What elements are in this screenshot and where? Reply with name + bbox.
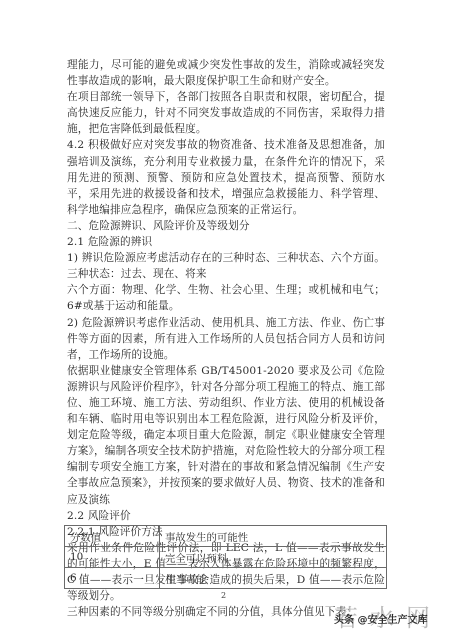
table-cell: 相当可能 xyxy=(160,568,387,589)
subsection-heading: 2.2 风险评价 xyxy=(67,508,385,524)
paragraph: 4.2 积极做好应对突发事故的物资准备、技术准备及思想准备，加强培训及演练，充分… xyxy=(67,137,385,217)
table-header-cell: 分数值 xyxy=(65,526,160,547)
page-number: 2 xyxy=(221,591,226,600)
paragraph: 1) 辨识危险源应考虑活动存在的三种时态、三种状态、六个方面。三种状态：过去、现… xyxy=(67,250,385,282)
table-row: 6 相当可能 xyxy=(65,568,387,589)
paragraph: 依据职业健康安全管理体系 GB/T45001-2020 要求及公司《危险源辨识与… xyxy=(67,363,385,508)
paragraph: 在项目部统一领导下，各部门按照各自职责和权限，密切配合，提高快速反应能力，针对不… xyxy=(67,89,385,137)
paragraph: 2) 危险源辨识考虑作业活动、使用机具、施工方法、作业、伤亡事件等方面的因素，所… xyxy=(67,315,385,363)
paragraph: 理能力，尽可能的避免或减少突发性事故的发生，消除或减轻突发性事故造成的影响，最大… xyxy=(67,57,385,89)
watermark-caption: 头条 @安全生产文库 xyxy=(334,611,427,626)
paragraph: 六个方面：物理、化学、生物、社会心里、生理；或机械和电气；6#或基于运动和能量。 xyxy=(67,282,385,314)
subsection-heading: 2.1 危险源的辨识 xyxy=(67,234,385,250)
table-cell: 6 xyxy=(65,568,160,589)
document-page: 理能力，尽可能的避免或减少突发性事故的发生，消除或减轻突发性事故造成的影响，最大… xyxy=(0,0,450,636)
likelihood-score-table: 分数值 事故发生的可能性 10 完全可以预料 6 相当可能 xyxy=(64,525,387,589)
watermark: 若水网 头条 @安全生产文库 xyxy=(330,598,442,634)
section-heading: 二、危险源辨识、风险评价及等级划分 xyxy=(67,218,385,234)
table-cell: 完全可以预料 xyxy=(160,547,387,568)
table-cell: 10 xyxy=(65,547,160,568)
table-row: 10 完全可以预料 xyxy=(65,547,387,568)
table-header-row: 分数值 事故发生的可能性 xyxy=(65,526,387,547)
table-header-cell: 事故发生的可能性 xyxy=(160,526,387,547)
